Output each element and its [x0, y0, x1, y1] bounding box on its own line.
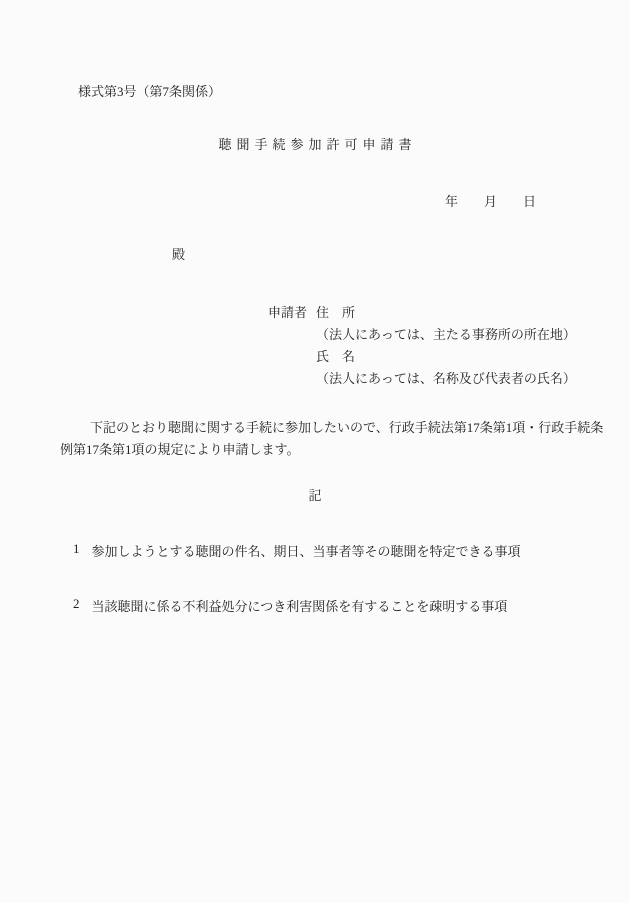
body-paragraph-line-2: 例第17条第1項の規定により申請します。 — [60, 439, 580, 461]
list-item: 1 参加しようとする聴聞の件名、期日、当事者等その聴聞を特定できる事項 — [73, 541, 521, 560]
item-number: 1 — [73, 541, 80, 560]
item-text: 参加しようとする聴聞の件名、期日、当事者等その聴聞を特定できる事項 — [92, 541, 521, 560]
item-number: 2 — [73, 596, 80, 615]
item-text: 当該聴聞に係る不利益処分につき利害関係を有することを疎明する事項 — [92, 596, 508, 615]
applicant-name-note: （法人にあっては、名称及び代表者の氏名） — [316, 368, 576, 390]
applicant-name-label: 氏 名 — [316, 346, 576, 368]
document-page: 様式第3号（第7条関係） 聴聞手続参加許可申請書 年 月 日 殿 申請者 住 所… — [0, 0, 630, 903]
addressee-dono: 殿 — [172, 244, 185, 263]
document-title: 聴聞手続参加許可申請書 — [0, 134, 630, 153]
form-number: 様式第3号（第7条関係） — [78, 81, 221, 100]
applicant-address-note: （法人にあっては、主たる事務所の所在地） — [316, 324, 576, 346]
applicant-label: 申請者 — [268, 302, 307, 324]
list-item: 2 当該聴聞に係る不利益処分につき利害関係を有することを疎明する事項 — [73, 596, 507, 615]
record-heading: 記 — [0, 485, 630, 504]
body-paragraph-line-1: 下記のとおり聴聞に関する手続に参加したいので、行政手続法第17条第1項・行政手続… — [60, 417, 580, 439]
body-paragraph: 下記のとおり聴聞に関する手続に参加したいので、行政手続法第17条第1項・行政手続… — [60, 417, 580, 461]
applicant-block: 申請者 住 所 （法人にあっては、主たる事務所の所在地） 氏 名 （法人にあって… — [268, 302, 576, 390]
applicant-address-label: 住 所 — [316, 302, 576, 324]
date-line: 年 月 日 — [445, 191, 536, 210]
applicant-lines: 住 所 （法人にあっては、主たる事務所の所在地） 氏 名 （法人にあっては、名称… — [316, 302, 576, 390]
